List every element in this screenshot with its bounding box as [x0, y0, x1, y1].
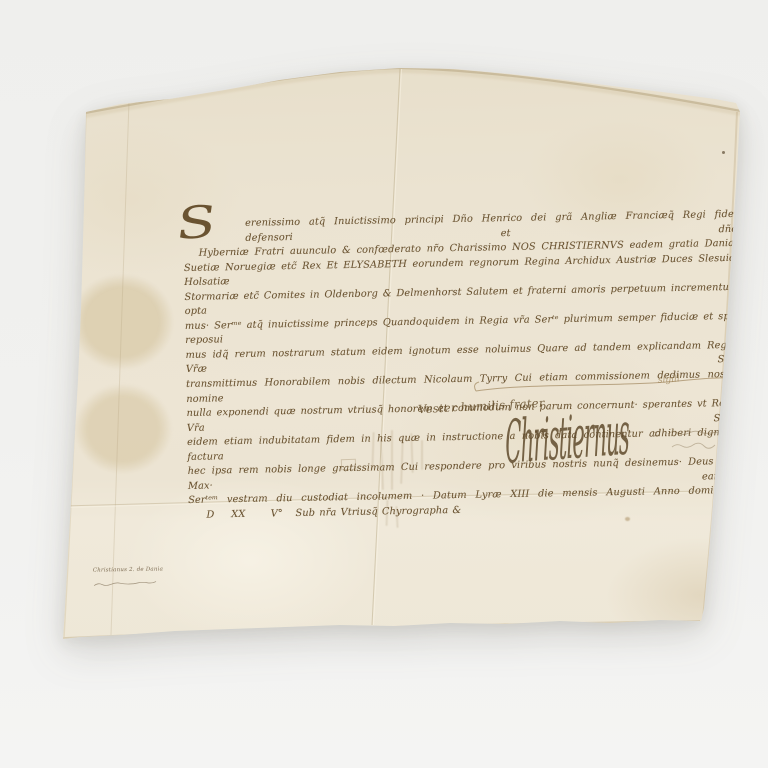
- paper-speck: [625, 517, 630, 521]
- photo-canvas: S erenissimo atq̃ Inuictissimo principi …: [0, 0, 768, 768]
- royal-signature: Christiernus: [505, 401, 629, 478]
- seal-stain-upper: [70, 274, 174, 370]
- archival-note: Christianus 2. de Dania: [93, 566, 169, 593]
- manuscript-paper: S erenissimo atq̃ Inuictissimo principi …: [0, 0, 768, 768]
- archival-note-text: Christianus 2. de Dania: [93, 566, 169, 574]
- seal-stain-lower: [74, 384, 172, 474]
- paper-speck: [722, 151, 725, 154]
- deckle-edge-left: [64, 113, 86, 637]
- seal-abbreviation: sigill: [658, 374, 681, 386]
- annotation-scribble: [653, 431, 660, 436]
- paper-shadow-wrap: S erenissimo atq̃ Inuictissimo principi …: [0, 0, 768, 768]
- faint-ink-annotation: [650, 424, 750, 464]
- archival-note-scribble: [93, 579, 169, 589]
- drop-cap-initial: S: [175, 200, 219, 247]
- annotation-scribble: [94, 582, 156, 586]
- paper-speck: [732, 496, 735, 500]
- manuscript-text-block: S erenissimo atq̃ Inuictissimo principi …: [183, 208, 743, 524]
- annotation-scribble: [672, 443, 715, 448]
- annotation-scribble: [668, 431, 745, 435]
- deckle-edge-top: [85, 68, 741, 113]
- deckle-edge-bottom: [63, 621, 700, 638]
- deckle-edge-top-soft: [85, 70, 741, 115]
